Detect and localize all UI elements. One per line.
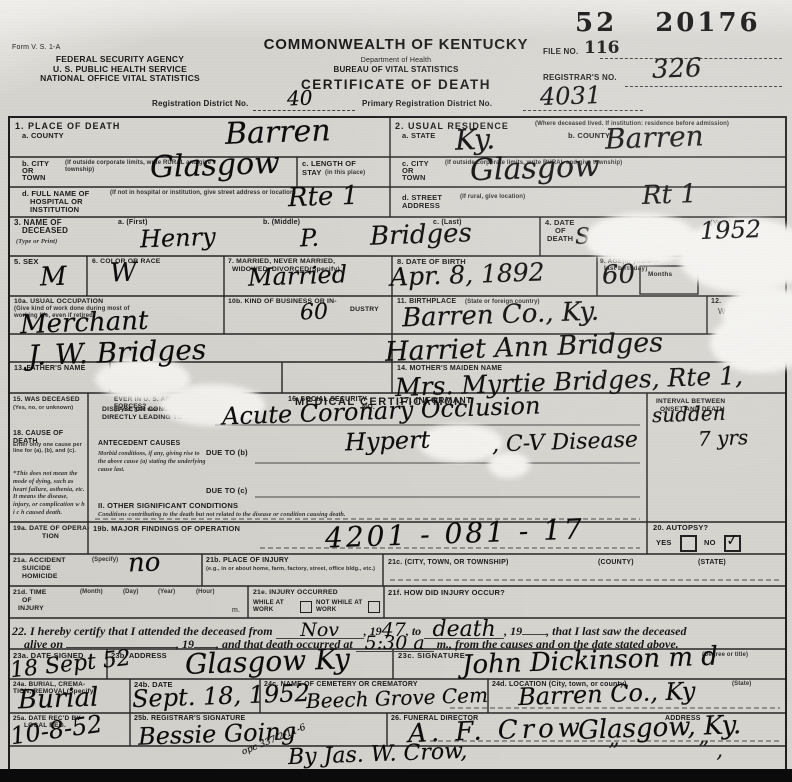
findings-label: 19b. MAJOR FINDINGS OF OPERATION: [93, 525, 240, 533]
other-conditions-title: II. OTHER SIGNIFICANT CONDITIONS: [98, 502, 238, 510]
whiteout-blob: [418, 424, 503, 462]
autopsy-label: 20. AUTOPSY?: [653, 524, 708, 532]
injury-state-label: (STATE): [698, 559, 726, 567]
cause-b-value2: , C-V Disease: [492, 429, 639, 456]
accident-specify-note: (Specify): [92, 557, 118, 564]
date-of-birth-value: Apr. 8, 1892: [390, 259, 545, 289]
business-label2: DUSTRY: [350, 306, 379, 314]
length-of-stay-note: (in this place): [325, 170, 365, 177]
file-no-label: FILE NO.: [543, 48, 578, 57]
injury-occurred-label: 21e. INJURY OCCURRED: [253, 589, 338, 597]
street-address-note: (If rural, give location): [460, 194, 525, 201]
deceased-title2: DECEASED: [22, 227, 68, 236]
antecedent-title: ANTECEDENT CAUSES: [98, 440, 180, 448]
injury-month-col: (Month): [80, 589, 103, 596]
father-name-value: J. W. Bridges: [28, 336, 207, 370]
antecedent-note: Morbid conditions, if any, giving rise t…: [98, 451, 206, 474]
age-months-label: Months: [648, 271, 672, 278]
place-of-injury-label: 21b. PLACE OF INJURY: [206, 557, 289, 565]
certificate-form: 1. PLACE OF DEATH a. COUNTY b. CITY OR T…: [8, 116, 787, 772]
burial-date-value: Sept. 18, 1952: [132, 681, 311, 711]
ditto-mark: ”: [608, 740, 619, 765]
deceased-title-note: (Type or Print): [16, 238, 57, 245]
residence-city-value: Glasgow: [470, 152, 601, 187]
injury-hour-col: (Hour): [196, 589, 215, 596]
agency-line-3: NATIONAL OFFICE VITAL STATISTICS: [2, 74, 238, 84]
primary-district-label: Primary Registration District No.: [362, 100, 492, 109]
certify-text-6: alive on: [24, 637, 63, 651]
race-value: W: [110, 260, 138, 287]
city-of-death-value: Glasgow: [150, 149, 281, 184]
middle-name-label: b. (Middle): [263, 219, 300, 227]
age-value: 60: [602, 261, 636, 288]
autopsy-yes-label: YES: [656, 539, 672, 547]
other-conditions-note: Conditions contributing to the death but…: [98, 511, 348, 518]
cause-b-value: Hypert: [345, 428, 431, 455]
residence-state-label: a. STATE: [402, 132, 435, 140]
cause-footnote: *This does not mean the mode of dying, s…: [13, 470, 85, 517]
certify-time-field: 5:30 a: [356, 636, 434, 652]
death-year-value: 1952: [700, 217, 762, 243]
marital-value: Married: [248, 262, 348, 289]
hospital-value: Rte 1: [288, 183, 359, 211]
time-of-injury-label2: OF: [22, 597, 32, 605]
accident-value: no: [128, 549, 161, 576]
homicide-label: HOMICIDE: [22, 573, 58, 581]
operation-date-label: 19a. DATE OF OPERA-: [13, 525, 90, 533]
stamp-left: 52: [575, 8, 617, 38]
last-name-value: Bridges: [370, 220, 473, 250]
cause-a-interval-value: sudden: [652, 403, 726, 426]
file-no-value: 116: [584, 38, 620, 58]
registrar-no-rule: [625, 86, 782, 87]
residence-city-label-town: TOWN: [402, 174, 426, 182]
reg-district-label: Registration District No.: [152, 100, 249, 109]
form-number: Form V. S. 1-A: [12, 44, 60, 52]
department-line: Department of Health: [248, 57, 544, 65]
box12-label: 12.: [711, 298, 721, 306]
street-address-label2: ADDRESS: [402, 202, 440, 210]
due-to-b-label: DUE TO (b): [206, 449, 248, 457]
sex-label: 5. SEX: [14, 258, 39, 266]
business-value: 60: [300, 302, 329, 325]
not-while-at-work-label: NOT WHILE AT WORK: [316, 600, 372, 614]
ditto-mark: ” ,: [698, 738, 723, 763]
autopsy-no-checkbox: ✓: [724, 535, 741, 552]
county-of-death-label: a. COUNTY: [22, 132, 64, 140]
burial-location-state-note: (State): [732, 681, 751, 688]
scanned-death-certificate: 5220176 Form V. S. 1-A FEDERAL SECURITY …: [0, 0, 792, 782]
suicide-label: SUICIDE: [22, 565, 51, 573]
burial-location-value: Barren Co., Ky: [518, 679, 696, 709]
residence-county-value: Barren: [605, 122, 705, 153]
while-at-work-label: WHILE AT WORK: [253, 600, 305, 614]
registrar-no-value: 326: [652, 55, 703, 83]
bureau-line: BUREAU OF VITAL STATISTICS: [248, 66, 544, 75]
birthplace-value: Barren Co., Ky.: [402, 299, 600, 332]
signature-label: 23c. SIGNATURE: [398, 652, 465, 660]
while-at-work-checkbox: [300, 601, 312, 613]
armed-forces-label: 15. WAS DECEASED: [13, 396, 80, 403]
city-of-death-label-town: TOWN: [22, 174, 46, 182]
cause-enter-note: Enter only one cause per line for (a), (…: [13, 442, 83, 455]
injury-m-label: m.: [232, 607, 240, 615]
place-of-death-title: 1. PLACE OF DEATH: [15, 121, 120, 131]
injury-county-label: (COUNTY): [598, 559, 634, 567]
due-to-c-label: DUE TO (c): [206, 487, 247, 495]
sex-value: M: [40, 264, 68, 291]
autopsy-no-checkmark: ✓: [725, 530, 740, 550]
street-address-value: Rt 1: [642, 181, 698, 209]
operation-date-label2: TION: [42, 533, 59, 541]
certify-year2-field: [522, 634, 546, 635]
armed-forces-note: (Yes, no, or unknown): [13, 405, 73, 411]
occupation-label: 10a. USUAL OCCUPATION: [14, 298, 103, 306]
hospital-note: (If not in hospital or institution, give…: [110, 190, 310, 197]
agency-block: FEDERAL SECURITY AGENCY U. S. PUBLIC HEA…: [2, 55, 238, 84]
stamp-right: 20176: [655, 8, 760, 38]
time-of-injury-label3: INJURY: [18, 605, 44, 613]
scan-bottom-band: [0, 769, 792, 782]
reg-district-value: 40: [287, 88, 313, 109]
address-value: Glasgow Ky: [185, 645, 351, 679]
place-of-injury-note: (e.g., in or about home, farm, factory, …: [206, 566, 378, 572]
occupation-value: Merchant: [20, 308, 149, 338]
burial-value: Burial: [18, 685, 99, 714]
autopsy-yes-checkbox: [680, 535, 697, 552]
reg-district-rule: [253, 110, 355, 111]
date-of-death-label3: DEATH: [547, 235, 573, 243]
middle-name-value: P.: [300, 226, 320, 251]
how-injury-label: 21f. HOW DID INJURY OCCUR?: [388, 589, 505, 597]
file-number-stamp: 5220176: [575, 8, 761, 38]
injury-city-label: 21c. (CITY, TOWN, OR TOWNSHIP): [388, 559, 508, 567]
commonwealth-title: COMMONWEALTH OF KENTUCKY: [248, 37, 544, 54]
residence-state-value: Ky.: [455, 125, 496, 154]
primary-district-value: 4031: [540, 83, 602, 109]
injury-year-col: (Year): [158, 589, 175, 596]
time-of-injury-label: 21d. TIME: [13, 589, 47, 597]
hospital-label3: INSTITUTION: [30, 206, 79, 214]
length-of-stay-label2: STAY: [302, 169, 322, 177]
not-while-at-work-checkbox: [368, 601, 380, 613]
autopsy-no-label: NO: [704, 539, 716, 547]
accident-label: 21a. ACCIDENT: [13, 557, 66, 565]
cause-b-interval-value: 7 yrs: [698, 427, 749, 449]
injury-day-col: (Day): [123, 589, 139, 596]
first-name-value: Henry: [140, 225, 216, 252]
cemetery-value: Beech Grove Cem: [306, 685, 489, 711]
